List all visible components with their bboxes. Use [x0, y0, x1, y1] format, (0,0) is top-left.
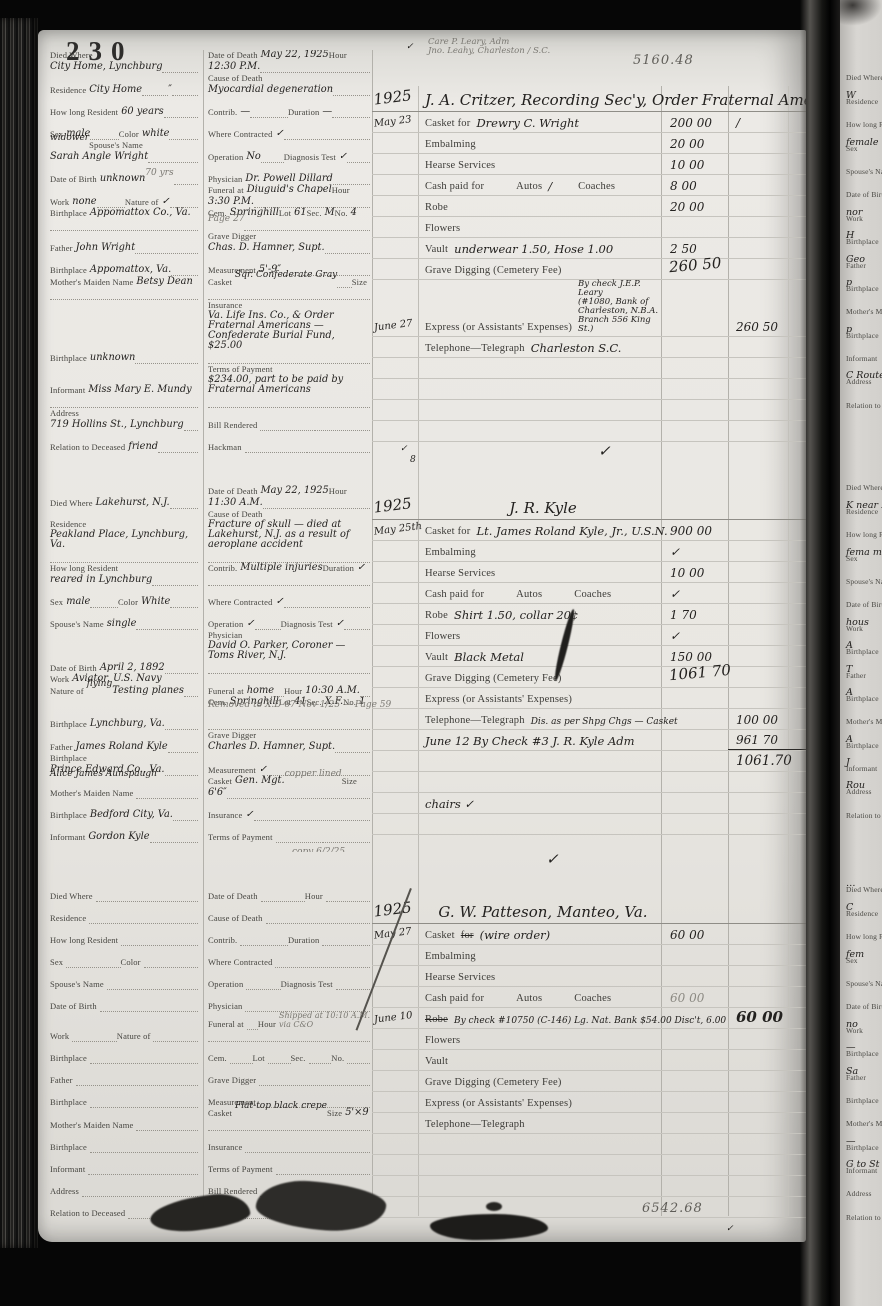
form-cell-left: Birthplaceunknown [50, 352, 203, 364]
ledger-amount-2 [728, 921, 806, 923]
form-row: WorknoneNature of✓Funeral atDiuguid's Ch… [50, 185, 372, 208]
ledger-description: Hearse Services [418, 568, 661, 582]
printed-label: Operation [208, 619, 246, 630]
ledger-description: Telephone—TelegraphCharleston S.C. [418, 341, 661, 357]
ledger-row [372, 772, 806, 793]
ledger-margin-date [372, 1062, 418, 1070]
form-cell-left: BirthplaceAppomattox Co., Va. [50, 208, 203, 231]
form-cell-left: BirthplaceLynchburg, Va. [50, 718, 203, 730]
ledger-row: Cash paid forAutos/Coaches8 00 [372, 175, 806, 196]
dotted-leader [336, 978, 370, 990]
ledger-description: Flowers [418, 1035, 661, 1049]
ledger-row: Express (or Assistants' Expenses) [372, 1092, 806, 1113]
ledger-row: 1925J. R. Kyle [372, 494, 806, 520]
form-section: Died WhereLakehurst, N.J.Date of DeathMa… [50, 486, 372, 852]
ledger-description [418, 418, 661, 420]
dotted-leader [142, 84, 168, 96]
ledger-amount-2: 961 70 [728, 733, 806, 750]
sliver-row: FatherGeo [840, 247, 882, 270]
handwritten-value: male [66, 597, 90, 608]
ledger-row: Cash paid forAutosCoaches60 00 [372, 987, 806, 1008]
ledger-amount: 20 00 [661, 137, 728, 153]
form-cell-left: Died Where [50, 890, 203, 902]
ledger-row: Embalming [372, 945, 806, 966]
dotted-leader [50, 288, 198, 300]
dotted-leader [90, 1141, 198, 1153]
form-cell-left: Mother's Maiden NameBetsy Dean [50, 277, 203, 300]
ledger-margin-date [372, 391, 418, 399]
printed-label: Coaches [578, 181, 621, 193]
handwritten-value: David O. Parker, Coroner — Toms River, N… [208, 641, 370, 662]
page-stack-edge [0, 18, 38, 1248]
dotted-leader [162, 61, 198, 73]
dotted-leader [135, 242, 198, 254]
sliver-label: Spouse's Nam [840, 979, 882, 989]
sliver-row: Birthplacep [840, 317, 882, 340]
ledger-amount-2 [728, 376, 806, 378]
sliver-row: Sexfema marrie [840, 540, 882, 563]
form-cell-right: Where Contracted✓ [203, 128, 372, 140]
ledger-row: Hearse Services [372, 966, 806, 987]
form-cell-right: CasketSqr. Confederate GraySize [203, 276, 372, 300]
handwritten-value: 11:30 A.M. [208, 498, 263, 509]
printed-label: Vault [425, 652, 454, 664]
printed-label: Informant [50, 832, 88, 843]
sliver-script: J [846, 757, 850, 768]
ledger-description: Express (or Assistants' Expenses)By chec… [418, 280, 661, 336]
ledger-row: Vault [372, 1050, 806, 1071]
sliver-script: H [846, 230, 854, 241]
ledger-amount-2 [728, 214, 806, 216]
ledger-amount-2: 260 50 [728, 320, 806, 336]
form-cell-left: Relation to Deceasedfriend [50, 441, 203, 453]
printed-label: Operation [208, 152, 246, 163]
form-section: Died WhereDate of DeathHourResidenceCaus… [50, 880, 372, 1219]
ledger-amount-2 [728, 418, 806, 420]
printed-label: Nature of [117, 1031, 154, 1042]
printed-label: Robe [425, 202, 454, 214]
form-cell-right: Insurance✓ [203, 809, 372, 821]
ledger-row: May 25thCasket forLt. James Roland Kyle,… [372, 520, 806, 541]
ledger-amount-2 [728, 1068, 806, 1070]
printed-label: Diagnosis Test [281, 979, 336, 990]
printed-label: Hackman [208, 442, 245, 453]
handwritten-note-above: Alice James Aunspaugh [50, 769, 157, 780]
handwritten-value: — [240, 107, 250, 118]
ledger-margin-date [372, 1083, 418, 1091]
form-row: BirthplaceunknownInsuranceVa. Life Ins. … [50, 300, 372, 364]
form-cell-right: OperationNoDiagnosis Test✓ [203, 151, 372, 163]
ledger-row [372, 1197, 806, 1218]
printed-label: Died Where [50, 498, 96, 509]
handwritten-note-above: Flat-top black crepe [235, 1101, 327, 1112]
printed-label: Lot [253, 1053, 268, 1064]
printed-label: Where Contracted [208, 597, 275, 608]
ledger-description: Embalming [418, 951, 661, 965]
handwritten-note-above: Sqr. Confederate Gray [235, 270, 337, 281]
ledger-margin-date [372, 999, 418, 1007]
handwritten-value: 60 years [121, 107, 163, 118]
printed-label: Flowers [425, 223, 466, 235]
form-cell-right: Contrib.—Duration— [203, 106, 372, 118]
form-cell-left: Birthplace [50, 1096, 203, 1108]
form-row: ResidencePeakland Place, Lynchburg, Va.C… [50, 509, 372, 563]
printed-label: Mother's Maiden Name [50, 1120, 136, 1131]
sliver-label: Birthplace [840, 1096, 882, 1106]
printed-label: Died Where [50, 50, 96, 61]
form-row: AddressLynchburg, Va.Bill Rendered6/1/25… [50, 843, 372, 853]
pencil-note-above: Page 27 [208, 215, 244, 225]
handwritten-value: Lt. James Roland Kyle, Jr., U.S.N. [476, 524, 667, 538]
printed-label: Color [119, 129, 142, 140]
ledger-amount-2 [728, 172, 806, 174]
pencil-note-above: copper lined [285, 770, 342, 780]
handwritten-value: ✓ [246, 619, 254, 630]
sliver-row: ResidenceC [840, 895, 882, 918]
struck-label: Robe [425, 1014, 454, 1026]
handwritten-value: By check #10750 (C-146) Lg. Nat. Bank $5… [454, 1016, 726, 1026]
handwritten-value: ✓ [336, 619, 344, 630]
funeral-ledger-scan: 230 Died WhereCity Home, LynchburgDate o… [0, 0, 882, 1306]
ledger-amount-2 [728, 963, 806, 965]
handwritten-value: 719 Hollins St., Lynchburg [50, 420, 184, 431]
handwritten-value: Aviator, U.S. Navy [72, 674, 161, 685]
ledger-amount [661, 1047, 728, 1049]
ledger-amount [661, 811, 728, 813]
ledger-section: 1925J. A. Critzer, Recording Sec'y, Orde… [372, 86, 806, 454]
ledger-description: Hearse Services [418, 972, 661, 986]
ledger-margin-date [372, 784, 418, 792]
form-cell-left: Address719 Hollins St., Lynchburg [50, 408, 203, 431]
handwritten-value: friend [128, 442, 158, 453]
ledger-description: RobeShirt 1.50, collar 20¢ [418, 608, 661, 624]
dotted-leader [168, 741, 198, 753]
ledger-margin-date [372, 271, 418, 279]
ledger-amount [661, 769, 728, 771]
ledger-amount [661, 1068, 728, 1070]
printed-label: Terms of Payment [208, 1164, 276, 1175]
dotted-leader [50, 551, 198, 563]
ledger-amount [661, 727, 728, 729]
dotted-leader [90, 128, 119, 140]
ledger-row: Flowers✓ [372, 625, 806, 646]
handwritten-value: (wire order) [480, 928, 551, 942]
ledger-margin-date [372, 1146, 418, 1154]
form-cell-right: InsuranceVa. Life Ins. Co., & Order Frat… [203, 300, 372, 364]
ledger-row: 1925J. A. Critzer, Recording Sec'y, Orde… [372, 86, 806, 112]
handwritten-value: unknown [90, 353, 135, 364]
handwritten-value: Chas. D. Hamner, Supt. [208, 243, 325, 254]
dotted-leader [208, 352, 370, 364]
form-row: FatherJames Roland KyleGrave DiggerCharl… [50, 730, 372, 753]
printed-label: Work [50, 197, 72, 208]
sliver-script: p [846, 277, 852, 288]
ledger-description [418, 1194, 661, 1196]
ledger-description: Casket forDrewry C. Wright [418, 116, 661, 132]
dotted-leader [333, 173, 370, 185]
printed-label: Terms of Payment [208, 832, 276, 843]
handwritten-value: / [548, 179, 552, 193]
form-cell-right: Funeral athomeHour10:30 A.M. [203, 685, 372, 697]
ledger-description: Grave Digging (Cemetery Fee) [418, 673, 661, 687]
ledger-amount: ✓ [661, 587, 728, 603]
handwritten-value: 6'6″ [208, 788, 227, 799]
form-row: InformantMiss Mary E. MundyTerms of Paym… [50, 364, 372, 408]
dotted-leader [266, 912, 371, 924]
ledger-row: June 27Express (or Assistants' Expenses)… [372, 280, 806, 337]
handwritten-value: Va. Life Ins. Co., & Order Fraternal Ame… [208, 311, 370, 352]
form-cell-left: SexColor [50, 956, 203, 968]
ledger-amount [661, 1110, 728, 1112]
handwritten-value: White [141, 597, 170, 608]
sliver-label: Relation to I [840, 811, 882, 821]
printed-label: Casket [425, 930, 461, 942]
form-row: Mother's Maiden NameCasketFlat-top black… [50, 1108, 372, 1131]
dotted-leader [332, 106, 370, 118]
handwritten-value: Lakehurst, N.J. [96, 498, 170, 509]
sliver-script: — [846, 1042, 856, 1053]
ledger-description: Casketfor(wire order) [418, 928, 661, 944]
sliver-row: Mother's Mai [840, 294, 882, 317]
printed-label: Work [50, 674, 72, 685]
form-row: Address719 Hollins St., LynchburgBill Re… [50, 408, 372, 431]
ledger-description: Grave Digging (Cemetery Fee) [418, 1077, 661, 1091]
ledger-margin-date [372, 742, 418, 750]
form-cell-right: Funeral atHourShipped at 10:10 A.M. via … [203, 1012, 372, 1042]
ledger-amount: 10 00 [661, 158, 728, 174]
printed-label: Nature of [50, 686, 87, 697]
ledger-row [372, 358, 806, 379]
ledger-margin-date [372, 370, 418, 378]
printed-label: Vault [425, 1056, 454, 1068]
sliver-script: nor [846, 207, 862, 218]
handwritten-value: underwear 1.50, Hose 1.00 [454, 242, 613, 256]
ledger-description: Embalming [418, 547, 661, 561]
sliver-script: C Route [846, 370, 882, 381]
printed-label: Funeral at [208, 1019, 247, 1030]
form-row: How long ResidentContrib.Duration [50, 924, 372, 946]
ledger-margin-date [372, 805, 418, 813]
sliver-script: C [846, 902, 853, 913]
dotted-leader [50, 219, 198, 231]
dotted-leader [170, 596, 198, 608]
ledger-amount: 10 00 [661, 566, 728, 582]
ledger-margin-date: May 23 [370, 113, 417, 132]
dotted-leader [335, 741, 370, 753]
printed-label: Hour [332, 185, 353, 196]
printed-label: Embalming [425, 139, 482, 151]
ledger-row: Express (or Assistants' Expenses) [372, 688, 806, 709]
sliver-label: Address [840, 1189, 875, 1199]
sliver-row: Worknor [840, 200, 882, 223]
ledger-row: May 23Casket forDrewry C. Wright200 00/ [372, 112, 806, 133]
ledger-amount-2 [728, 942, 806, 944]
printed-label: Duration [323, 563, 357, 574]
form-row: FatherGrave Digger [50, 1064, 372, 1086]
form-cell-left: Birthplace [50, 1141, 203, 1153]
dotted-leader [337, 276, 351, 288]
printed-label: Hearse Services [425, 160, 501, 172]
ledger-amount-2: / [728, 116, 806, 132]
dotted-leader [174, 173, 198, 185]
form-cell-right: Date of DeathHour [203, 890, 372, 902]
printed-label: Express (or Assistants' Expenses) [425, 1098, 578, 1110]
printed-label: Coaches [574, 589, 617, 601]
ledger-description: Vaultunderwear 1.50, Hose 1.00 [418, 242, 661, 258]
sliver-row: AddressC Route [840, 364, 882, 387]
printed-label: Informant [50, 385, 88, 396]
printed-label: Where Contracted [208, 957, 275, 968]
printed-label: Work [50, 1031, 72, 1042]
ledger-description [418, 397, 661, 399]
ledger-margin-date [372, 250, 418, 258]
ledger-section: 1925J. R. KyleMay 25thCasket forLt. Jame… [372, 494, 806, 835]
handwritten-value: single [107, 619, 137, 630]
sliver-row: Date of Birth [840, 989, 882, 1012]
ledger-description: Grave Digging (Cemetery Fee) [418, 265, 661, 279]
dotted-leader [284, 596, 370, 608]
dotted-leader [158, 441, 198, 453]
dotted-leader [171, 264, 198, 276]
form-cell-right: Where Contracted✓ [203, 596, 372, 608]
sliver-row: Spouse's Nam [840, 564, 882, 587]
ledger-row: Robe20 00 [372, 196, 806, 217]
ledger-amount: 900 00 [661, 524, 728, 540]
dotted-leader [333, 84, 370, 96]
dotted-leader [90, 1052, 198, 1064]
printed-label: Grave Digger [208, 730, 259, 741]
dotted-leader [255, 618, 281, 630]
sliver-row: BirthplaceA [840, 727, 882, 750]
printed-label: Sec. [291, 1053, 309, 1064]
form-row: How long Resident60 yearsContrib.—Durati… [50, 96, 372, 118]
form-cell-right: CasketFlat-top black crepeSize5'×9 [203, 1108, 372, 1131]
form-row: ResidenceCity Home″Cause of DeathMyocard… [50, 73, 372, 96]
dotted-leader [172, 84, 198, 96]
sliver-row: Informant [840, 341, 882, 364]
printed-label: Hearse Services [425, 568, 501, 580]
printed-label: Casket for [425, 118, 476, 130]
ledger-row: 1061.70 [372, 751, 806, 772]
printed-label: Flowers [425, 631, 466, 643]
sliver-row: BirthplaceH [840, 224, 882, 247]
ledger-row: Telephone—Telegraph [372, 1113, 806, 1134]
printed-label: Birthplace [50, 753, 90, 764]
ledger-amount-2 [728, 397, 806, 399]
dotted-leader [307, 441, 370, 453]
ledger-amount-2 [728, 832, 806, 834]
handwritten-value: 12:30 P.M. [208, 62, 260, 73]
dotted-leader [259, 1074, 370, 1086]
ledger-amount [661, 418, 728, 420]
ledger-amount-2: 1061.70 [728, 753, 806, 771]
handwritten-value: May 22, 1925 [261, 486, 329, 497]
dotted-leader [136, 618, 198, 630]
sliver-row: How long Re [840, 107, 882, 130]
ledger-amount [661, 984, 728, 986]
printed-label: Telephone—Telegraph [425, 715, 531, 727]
form-cell-left: How long Resident60 years [50, 106, 203, 118]
dotted-leader [170, 497, 198, 509]
printed-label: Cause of Death [208, 913, 266, 924]
ledger-margin-date [372, 595, 418, 603]
ledger-row [372, 1176, 806, 1197]
dotted-leader [165, 662, 198, 674]
printed-label: How long Resident [50, 935, 121, 946]
ledger-description: Robe [418, 202, 661, 216]
printed-label: Date of Death [208, 891, 261, 902]
dotted-leader [347, 151, 370, 163]
printed-label: Diagnosis Test [281, 619, 336, 630]
ledger-row: Vaultunderwear 1.50, Hose 1.002 50 [372, 238, 806, 259]
ledger-amount: 1 70 [661, 608, 728, 624]
ledger-amount [661, 376, 728, 378]
ledger-amount-2 [728, 1173, 806, 1175]
ledger-description: Cash paid forAutosCoaches [418, 589, 661, 603]
form-cell-right: Operation✓Diagnosis Test✓ [203, 618, 372, 630]
handwritten-value: J. R. Kyle [509, 499, 577, 517]
dotted-leader [246, 978, 280, 990]
handwritten-value: John Wright [76, 243, 136, 254]
ledger-description: Cash paid forAutosCoaches [418, 993, 661, 1007]
sliver-script: no [846, 1019, 858, 1030]
ledger-margin-date [372, 957, 418, 965]
sliver-label: Mother's Maid [840, 1119, 882, 1129]
handwritten-value: May 22, 1925 [261, 50, 329, 61]
ledger-amount [661, 963, 728, 965]
sliver-record-2: Died WhereResidenceK near BoHow long ReS… [840, 470, 882, 821]
ledger-amount [661, 790, 728, 792]
ledger-margin-date [372, 166, 418, 174]
form-cell-right: Cause of DeathMyocardial degeneration [203, 73, 372, 96]
printed-label: Birthplace [50, 1053, 90, 1064]
handwritten-value: Testing planes [112, 686, 184, 697]
form-cell-left: Mother's Maiden Name [50, 1119, 203, 1131]
dotted-leader [165, 718, 198, 730]
ledger-amount [661, 706, 728, 708]
dotted-leader [240, 934, 288, 946]
ledger-amount [661, 921, 728, 923]
form-cell-right: Cause of Death [203, 912, 372, 924]
handwritten-note-above: flying [87, 679, 113, 690]
sliver-row: FatherSa [840, 1059, 882, 1082]
handwritten-value: City Home, Lynchburg [50, 62, 162, 73]
ledger-amount [661, 1152, 728, 1154]
printed-label: Diagnosis Test [284, 152, 339, 163]
sliver-script: Geo [846, 254, 865, 265]
sliver-script: fema marrie [846, 547, 882, 558]
sliver-row: InformantJ [840, 751, 882, 774]
dotted-leader [144, 956, 198, 968]
ledger-amount-2 [728, 790, 806, 792]
sliver-label: Father [840, 671, 869, 681]
printed-label: Grave Digger [208, 231, 259, 242]
ledger-margin-date [372, 145, 418, 153]
handwritten-value: — [322, 107, 332, 118]
dotted-leader [260, 61, 370, 73]
printed-label: Duration [288, 935, 322, 946]
printed-label: Casket [208, 277, 235, 288]
ledger-amount-2 [728, 811, 806, 813]
ledger-description: Flowers [418, 631, 661, 645]
sliver-row: Birthplace— [840, 1129, 882, 1152]
form-row: Spouse's NamesingleOperation✓Diagnosis T… [50, 608, 372, 630]
form-row: Alice James AunspaughMother's Maiden Nam… [50, 776, 372, 799]
printed-label: Bill Rendered [208, 420, 260, 431]
ledger-amount [661, 1131, 728, 1133]
form-cell-left: Alice James AunspaughMother's Maiden Nam… [50, 776, 203, 799]
form-cell-left: Died WhereCity Home, Lynchburg [50, 50, 203, 73]
